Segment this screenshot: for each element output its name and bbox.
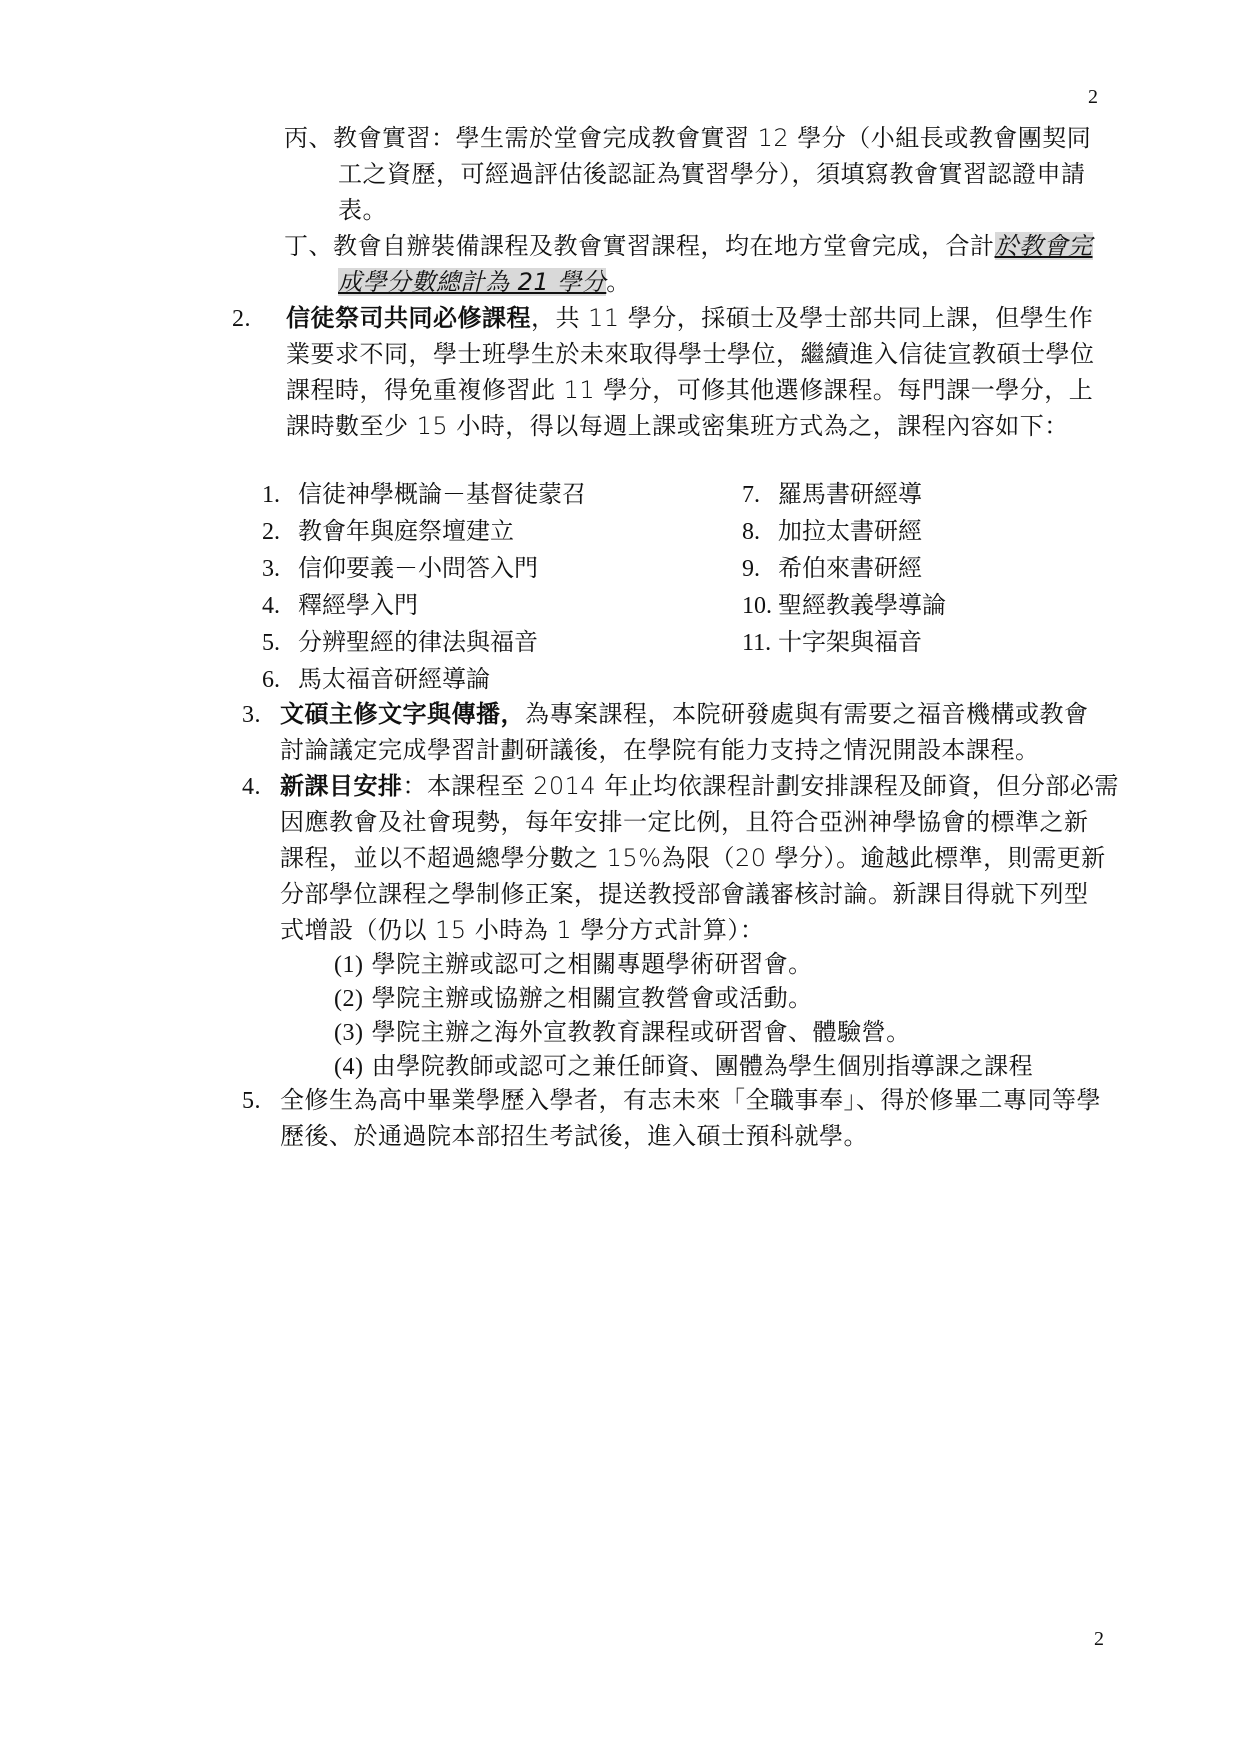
course-item: 4.釋經學入門 (262, 587, 418, 624)
item-4-line5: 式增設（仍以 15 小時為 1 學分方式計算）： (280, 912, 764, 948)
item-2-line4: 課時數至少 15 小時，得以每週上課或密集班方式為之，課程內容如下： (286, 408, 1069, 444)
item-3-line1: 為專案課程，本院研發處與有需要之福音機構或教會 (525, 700, 1089, 728)
item-3-marker: 3. (242, 697, 280, 733)
item-4-line4: 分部學位課程之學制修正案，提送教授部會議審核討論。新課目得就下列型 (280, 876, 1089, 912)
subitem: (2) 學院主辦或協辦之相關宣教營會或活動。 (334, 980, 813, 1017)
section-d-line1: 教會自辦裝備課程及教會實習課程，均在地方堂會完成，合計 (333, 232, 995, 260)
item-4-line1: ：本課程至 2014 年止均依課程計劃安排課程及師資，但分部必需 (403, 772, 1119, 800)
section-d-highlight-2: 成學分數總計為 21 學分 (338, 268, 606, 296)
item-4-line3: 課程，並以不超過總學分數之 15%為限（20 學分）。逾越此標準，則需更新 (280, 840, 1106, 876)
course-item: 9.希伯來書研經 (742, 550, 922, 587)
course-item: 3.信仰要義－小問答入門 (262, 550, 538, 587)
page-number-top: 2 (1088, 86, 1098, 109)
section-d-highlight-1: 於教會完 (995, 232, 1093, 260)
item-2-marker: 2. (232, 301, 286, 337)
course-item: 1.信徒神學概論－基督徒蒙召 (262, 476, 586, 513)
section-d-line2-tail: 。 (606, 268, 631, 296)
course-item: 10.聖經教義學導論 (742, 587, 946, 624)
subitem: (3) 學院主辦之海外宣教教育課程或研習會、體驗營。 (334, 1014, 911, 1051)
section-c-marker: 丙、 (284, 124, 333, 152)
item-3-title: 文碩主修文字與傳播， (280, 700, 525, 728)
course-item: 7.羅馬書研經導 (742, 476, 922, 513)
subitem: (1) 學院主辦或認可之相關專題學術研習會。 (334, 946, 813, 983)
item-4-line2: 因應教會及社會現勢，每年安排一定比例，且符合亞洲神學協會的標準之新 (280, 804, 1089, 840)
course-item: 2.教會年與庭祭壇建立 (262, 513, 514, 550)
item-2-title: 信徒祭司共同必修課程 (286, 304, 531, 332)
section-c-line2: 工之資歷，可經過評估後認証為實習學分），須填寫教會實習認證申請 (338, 156, 1086, 192)
item-5-line2: 歷後、於通過院本部招生考試後，進入碩士預科就學。 (280, 1118, 868, 1154)
item-5-line1: 全修生為高中畢業學歷入學者，有志未來「全職事奉」、得於修畢二專同等學 (280, 1086, 1101, 1114)
page-number-bottom: 2 (1094, 1628, 1104, 1651)
item-5-marker: 5. (242, 1083, 280, 1119)
item-2-line2: 業要求不同，學士班學生於未來取得學士學位，繼續進入信徒宣教碩士學位 (286, 336, 1095, 372)
item-4-marker: 4. (242, 769, 280, 805)
item-4-title: 新課目安排 (280, 772, 403, 800)
course-item: 6.馬太福音研經導論 (262, 661, 490, 698)
item-3-line2: 討論議定完成學習計劃研議後，在學院有能力支持之情況開設本課程。 (280, 732, 1040, 768)
item-2-line3: 課程時，得免重複修習此 11 學分，可修其他選修課程。每門課一學分，上 (286, 372, 1093, 408)
item-2-line1: ，共 11 學分，採碩士及學士部共同上課，但學生作 (531, 304, 1093, 332)
course-item: 11.十字架與福音 (742, 624, 922, 661)
course-item: 5.分辨聖經的律法與福音 (262, 624, 538, 661)
section-c-line1: 教會實習：學生需於堂會完成教會實習 12 學分（小組長或教會團契同 (333, 124, 1091, 152)
section-d-marker: 丁、 (284, 232, 333, 260)
subitem: (4) 由學院教師或認可之兼任師資、團體為學生個別指導課之課程 (334, 1048, 1033, 1085)
course-item: 8.加拉太書研經 (742, 513, 922, 550)
section-c-line3: 表。 (338, 192, 387, 228)
